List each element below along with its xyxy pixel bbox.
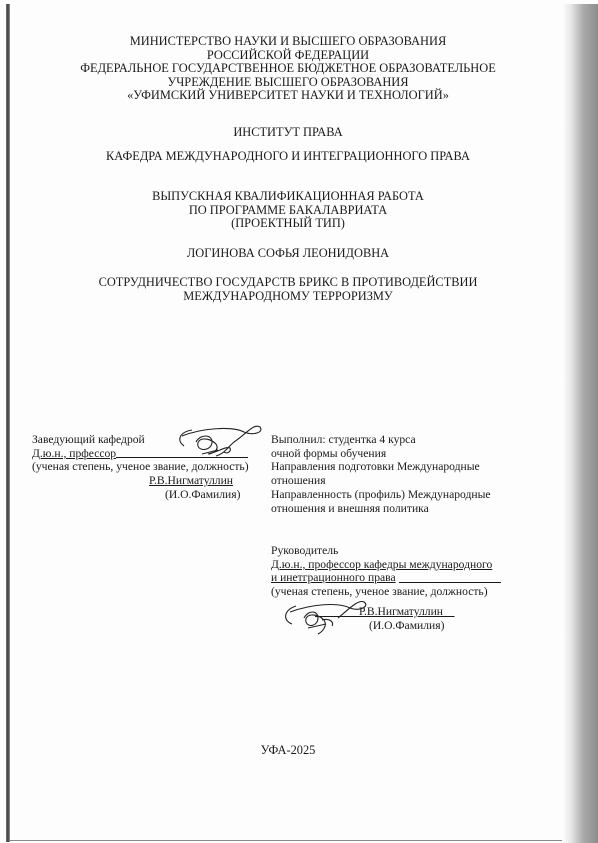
title-line: МЕЖДУНАРОДНОМУ ТЕРРОРИЗМУ [12, 290, 564, 304]
title-line: СОТРУДНИЧЕСТВО ГОСУДАРСТВ БРИКС В ПРОТИВ… [12, 276, 564, 290]
institute-name: ИНСТИТУТ ПРАВА [12, 126, 564, 140]
city-year: УФА-2025 [12, 744, 564, 758]
performer-block: Выполнил: студентка 4 курса очной формы … [271, 433, 491, 515]
signature-head [172, 424, 272, 464]
performer-line: Направления подготовки Международные [271, 460, 491, 474]
header-line: МИНИСТЕРСТВО НАУКИ И ВЫСШЕГО ОБРАЗОВАНИЯ [12, 35, 564, 49]
performer-line: отношения и внешняя политика [271, 502, 491, 516]
head-degree: Д.ю.н., прфессор [32, 447, 116, 460]
work-type-line: ВЫПУСКНАЯ КВАЛИФИКАЦИОННАЯ РАБОТА [12, 190, 564, 204]
author-name: ЛОГИНОВА СОФЬЯ ЛЕОНИДОВНА [12, 247, 564, 261]
work-type: ВЫПУСКНАЯ КВАЛИФИКАЦИОННАЯ РАБОТА ПО ПРО… [12, 190, 564, 231]
header-line: УЧРЕЖДЕНИЕ ВЫСШЕГО ОБРАЗОВАНИЯ [12, 76, 564, 90]
header-line: РОССИЙСКОЙ ФЕДЕРАЦИИ [12, 49, 564, 63]
supervisor-degree-hint: (ученая степень, ученое звание, должност… [271, 585, 501, 599]
work-type-line: ПО ПРОГРАММЕ БАКАЛАВРИАТА [12, 204, 564, 218]
supervisor-role: Руководитель [271, 544, 501, 558]
performer-line: Направленность (профиль) Международные [271, 488, 491, 502]
document-page: МИНИСТЕРСТВО НАУКИ И ВЫСШЕГО ОБРАЗОВАНИЯ… [0, 0, 598, 843]
scan-bottom-edge [10, 840, 562, 841]
ministry-header: МИНИСТЕРСТВО НАУКИ И ВЫСШЕГО ОБРАЗОВАНИЯ… [12, 35, 564, 103]
performer-line: отношения [271, 474, 491, 488]
performer-line: очной формы обучения [271, 447, 491, 461]
signature-line [399, 582, 501, 583]
department-name: КАФЕДРА МЕЖДУНАРОДНОГО И ИНТЕГРАЦИОННОГО… [12, 150, 564, 164]
supervisor-degree-line2: и инетграционного права [271, 571, 396, 584]
header-line: ФЕДЕРАЛЬНОЕ ГОСУДАРСТВЕННОЕ БЮДЖЕТНОЕ ОБ… [12, 62, 564, 76]
thesis-title: СОТРУДНИЧЕСТВО ГОСУДАРСТВ БРИКС В ПРОТИВ… [12, 276, 564, 303]
signature-supervisor [282, 600, 382, 640]
scan-right-edge [562, 4, 598, 843]
head-name-hint: (И.О.Фамилия) [32, 488, 249, 502]
scan-left-edge [6, 4, 10, 842]
header-line: «УФИМСКИЙ УНИВЕРСИТЕТ НАУКИ И ТЕХНОЛОГИЙ… [12, 89, 564, 103]
head-name: Р.В.Нигматуллин [149, 474, 233, 487]
work-type-line: (ПРОЕКТНЫЙ ТИП) [12, 217, 564, 231]
performer-line: Выполнил: студентка 4 курса [271, 433, 491, 447]
supervisor-degree-line1: Д.ю.н., профессор кафедры международного [271, 558, 492, 571]
